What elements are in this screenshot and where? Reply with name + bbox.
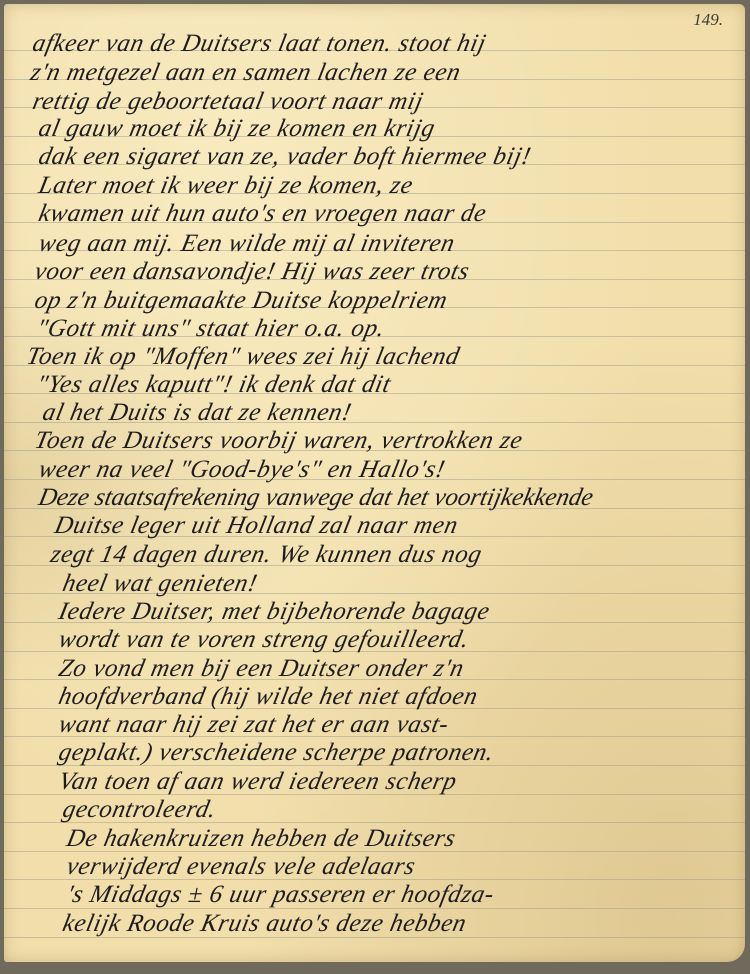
handwritten-line: wordt van te voren streng gefouilleerd. bbox=[56, 626, 472, 654]
handwritten-line: hoofdverband (hij wilde het niet afdoen bbox=[56, 683, 480, 711]
handwritten-line: De hakenkruizen hebben de Duitsers bbox=[64, 825, 458, 853]
handwritten-line: Van toen af aan werd iedereen scherp bbox=[56, 768, 459, 796]
handwritten-line: op z'n buitgemaakte Duitse koppelriem bbox=[32, 287, 450, 315]
handwritten-line: voor een dansavondje! Hij was zeer trots bbox=[32, 258, 472, 286]
diary-page: 149. afkeer van de Duitsers laat tonen. … bbox=[4, 4, 745, 962]
handwritten-line: 's Middags ± 6 uur passeren er hoofdza- bbox=[64, 881, 497, 909]
handwritten-line: zegt 14 dagen duren. We kunnen dus nog bbox=[48, 541, 485, 569]
handwritten-line: Zo vond men bij een Duitser onder z'n bbox=[56, 655, 467, 683]
page-number: 149. bbox=[693, 10, 723, 30]
handwritten-line: Deze staatsafrekening vanwege dat het vo… bbox=[36, 484, 596, 512]
handwritten-line: al gauw moet ik bij ze komen en krijg bbox=[36, 115, 438, 143]
handwritten-line: kelijk Roode Kruis auto's deze hebben bbox=[60, 910, 469, 938]
handwritten-line: "Gott mit uns" staat hier o.a. op. bbox=[34, 315, 388, 343]
handwritten-line: weg aan mij. Een wilde mij al inviteren bbox=[36, 230, 457, 258]
handwritten-line: weer na veel "Good-bye's" en Hallo's! bbox=[36, 456, 448, 484]
handwritten-line: verwijderd evenals vele adelaars bbox=[64, 853, 418, 881]
handwritten-line: Toen ik op "Moffen" wees zei hij lachend bbox=[24, 343, 462, 371]
handwritten-line: Toen de Duitsers voorbij waren, vertrokk… bbox=[32, 427, 525, 455]
handwritten-line: want naar hij zei zat het er aan vast- bbox=[56, 711, 451, 739]
handwritten-line: kwamen uit hun auto's en vroegen naar de bbox=[36, 200, 489, 228]
handwritten-line: dak een sigaret van ze, vader boft hierm… bbox=[36, 143, 534, 171]
handwritten-line: "Yes alles kaputt"! ik denk dat dit bbox=[34, 371, 393, 399]
handwritten-line: al het Duits is dat ze kennen! bbox=[40, 399, 354, 427]
handwritten-line: rettig de geboortetaal voort naar mij bbox=[30, 88, 426, 116]
handwritten-line: gecontroleerd. bbox=[60, 796, 219, 824]
handwritten-line: heel wat genieten! bbox=[60, 570, 260, 598]
handwritten-line: Iedere Duitser, met bijbehorende bagage bbox=[56, 598, 492, 626]
handwritten-line: afkeer van de Duitsers laat tonen. stoot… bbox=[30, 30, 489, 58]
handwritten-line: z'n metgezel aan en samen lachen ze een bbox=[28, 59, 463, 87]
handwritten-line: geplakt.) verscheidene scherpe patronen. bbox=[56, 739, 497, 767]
handwritten-line: Later moet ik weer bij ze komen, ze bbox=[36, 172, 416, 200]
handwritten-line: Duitse leger uit Holland zal naar men bbox=[52, 512, 461, 540]
